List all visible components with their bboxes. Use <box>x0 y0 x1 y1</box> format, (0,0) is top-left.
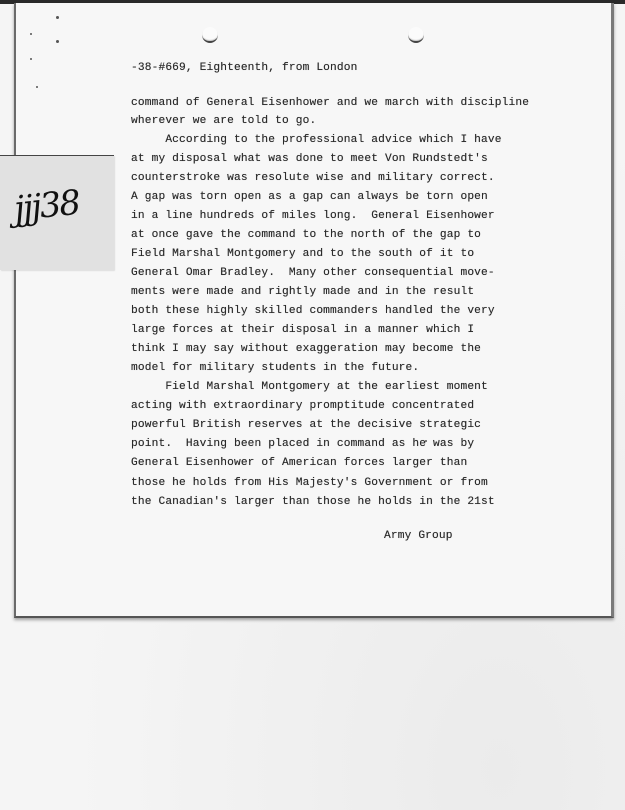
body-line: think I may say without exaggeration may… <box>131 343 481 355</box>
body-line: General Omar Bradley. Many other consequ… <box>131 267 495 279</box>
punch-hole-left <box>202 27 218 43</box>
body-line: acting with extraordinary promptitude co… <box>131 400 474 412</box>
document-header: -38-#669, Eighteenth, from London <box>131 62 358 74</box>
body-line: at my disposal what was done to meet Von… <box>131 153 488 165</box>
punch-hole-right <box>408 27 424 43</box>
body-line: According to the professional advice whi… <box>131 134 502 146</box>
body-line: large forces at their disposal in a mann… <box>131 324 474 336</box>
dust-speck <box>30 33 32 35</box>
body-line: at once gave the command to the north of… <box>131 229 481 241</box>
body-line: Field Marshal Montgomery and to the sout… <box>131 248 474 260</box>
body-line: ments were made and rightly made and in … <box>131 286 474 298</box>
handwritten-label-text: jjj38 <box>12 183 81 230</box>
body-line: wherever we are told to go. <box>131 115 316 127</box>
body-line: A gap was torn open as a gap can always … <box>131 191 488 203</box>
body-line: in a line hundreds of miles long. Genera… <box>131 210 495 222</box>
body-line: Field Marshal Montgomery at the earliest… <box>131 381 488 393</box>
dust-speck <box>56 40 59 43</box>
dust-speck <box>30 58 32 60</box>
archive-label: jjj38 <box>0 155 114 270</box>
body-line: command of General Eisenhower and we mar… <box>131 97 529 109</box>
body-line: counterstroke was resolute wise and mili… <box>131 172 495 184</box>
body-line: point. Having been placed in command as … <box>131 438 474 450</box>
body-line: those he holds from His Majesty's Govern… <box>131 477 488 489</box>
body-line: General Eisenhower of American forces la… <box>131 457 467 469</box>
dust-speck <box>56 16 59 19</box>
body-line: model for military students in the futur… <box>131 362 419 374</box>
body-line: powerful British reserves at the decisiv… <box>131 419 481 431</box>
body-line: the Canadian's larger than those he hold… <box>131 496 495 508</box>
body-line: both these highly skilled commanders han… <box>131 305 495 317</box>
catchword: Army Group <box>384 530 453 542</box>
dust-speck <box>36 86 38 88</box>
